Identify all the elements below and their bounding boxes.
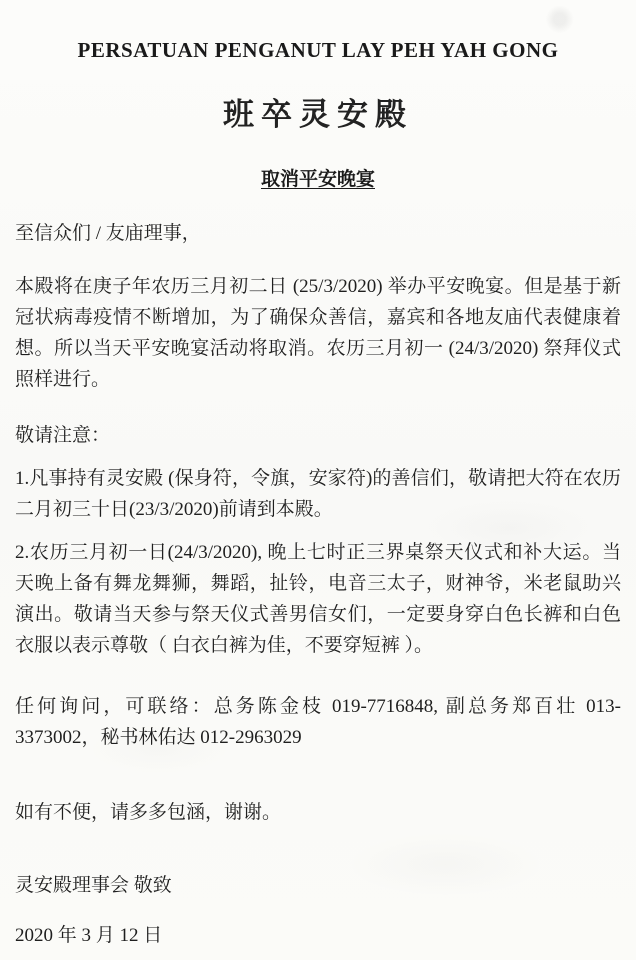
- scanned-notice-document: PERSATUAN PENGANUT LAY PEH YAH GONG 班卒灵安…: [0, 0, 636, 960]
- signoff-line: 灵安殿理事会 敬致: [15, 870, 621, 901]
- temple-title: 班卒灵安殿: [15, 89, 621, 134]
- notice-heading: 敬请注意：: [15, 420, 621, 451]
- apology-line: 如有不便，请多多包涵，谢谢。: [15, 797, 621, 828]
- notice-item-2: 2.农历三月初一日(24/3/2020), 晚上七时正三界桌祭天仪式和补大运。当…: [15, 537, 621, 661]
- date-line: 2020 年 3 月 12 日: [15, 920, 621, 951]
- intro-paragraph: 本殿将在庚子年农历三月初二日 (25/3/2020) 举办平安晚宴。但是基于新冠…: [15, 271, 621, 395]
- contact-paragraph: 任何询问，可联络：总务陈金枝 019-7716848, 副总务郑百壮 013-3…: [15, 691, 621, 753]
- notice-subject: 取消平安晚宴: [15, 164, 621, 191]
- organization-title: PERSATUAN PENGANUT LAY PEH YAH GONG: [15, 38, 621, 63]
- notice-item-1: 1.凡事持有灵安殿 (保身符，令旗，安家符)的善信们，敬请把大符在农历二月初三十…: [15, 463, 621, 525]
- salutation: 至信众们 / 友庙理事，: [15, 218, 621, 249]
